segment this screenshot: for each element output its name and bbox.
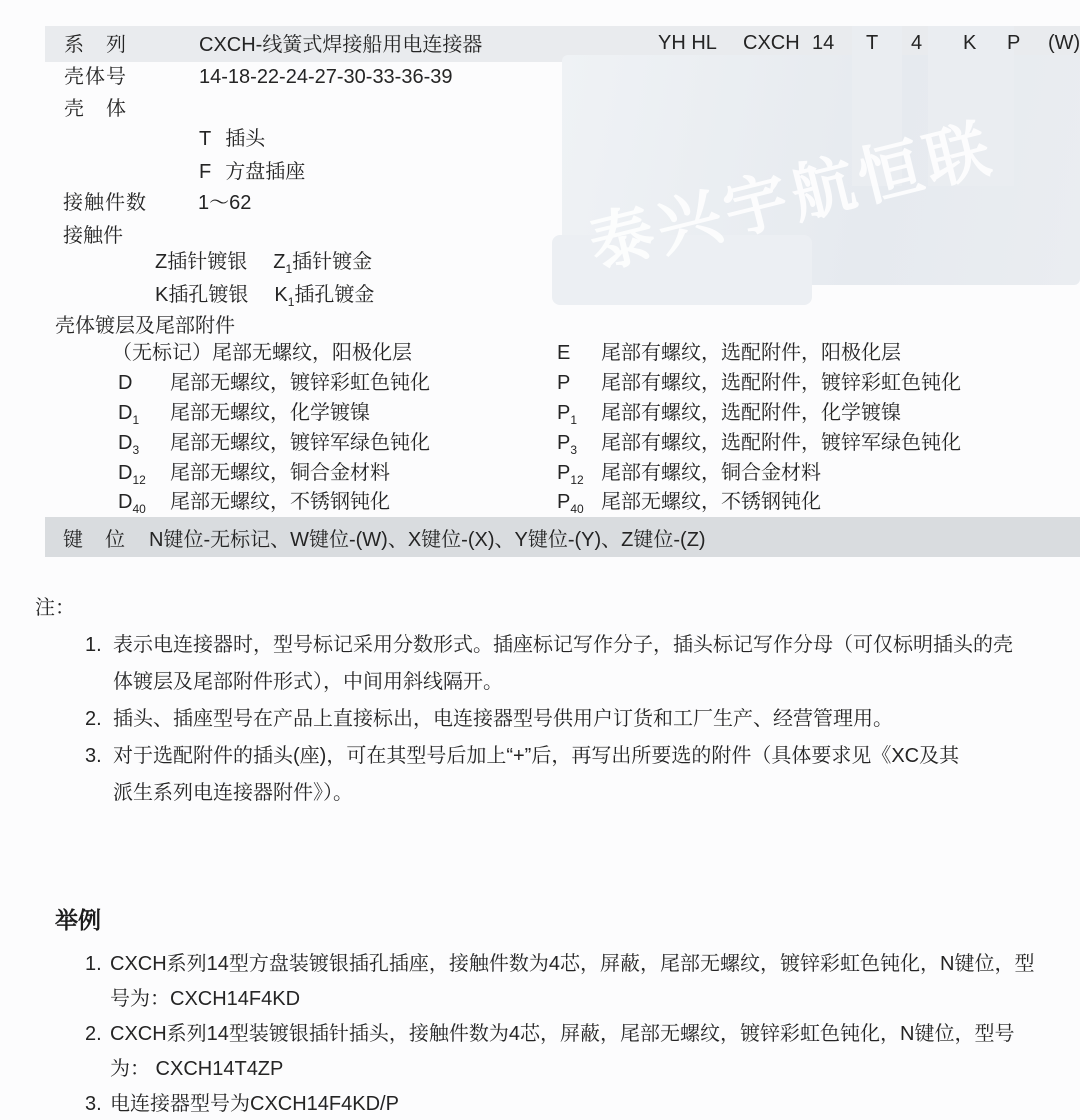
plating-code-subscript: 1 [132,413,139,427]
contact-code-subscript: 1 [285,262,292,276]
plating-code-subscript: 3 [132,443,139,457]
plating-option-row: P40尾部无螺纹，不锈钢钝化 [557,489,821,515]
example-item: 2. CXCH系列14型装镀银插针插头，接触件数为4芯，屏蔽，尾部无螺纹，镀锌彩… [35,1017,1080,1087]
note-text: 插头、插座型号在产品上直接标出，电连接器型号供用户订货和工厂生产、经营管理用。 [113,701,1080,738]
contact-plating-row: K插孔镀银K1插孔镀金 [155,282,374,308]
model-code-part: 14 [812,32,834,55]
plating-code-subscript: 12 [132,473,145,487]
contact-count-label: 接触件数 [63,190,198,216]
plating-code: P40 [557,489,601,515]
plating-code-letter: （无标记） [112,342,212,364]
contact-count-value: 1～62 [198,190,251,216]
plating-code: P [557,370,601,396]
contact-code-subscript: 1 [288,295,295,309]
plating-desc: 尾部无螺纹，化学镀镍 [170,400,370,426]
plating-code-subscript: 12 [570,473,583,487]
contact-code: Z [155,249,167,275]
plating-code: E [557,340,601,366]
plating-option-row: D40尾部无螺纹，不锈钢钝化 [118,489,390,515]
shell-option-desc: 方盘插座 [225,161,305,183]
note-number: 1. [85,627,102,664]
example-number: 1. [85,947,102,982]
contact-plating-row: Z插针镀银Z1插针镀金 [155,249,372,275]
plating-desc: 尾部有螺纹，铜合金材料 [601,460,821,486]
note-text: 派生系列电连接器附件》）。 [113,775,1080,812]
plating-desc: 尾部有螺纹，选配附件，镀锌彩虹色钝化 [601,370,961,396]
plating-code-letter: P [557,372,570,394]
example-number: 3. [85,1087,102,1120]
plating-code-subscript: 40 [570,502,583,516]
plating-code: D [118,370,170,396]
notes-heading: 注： [35,593,1080,623]
example-text: CXCH系列14型装镀银插针插头，接触件数为4芯，屏蔽，尾部无螺纹，镀锌彩虹色钝… [110,1017,1080,1052]
model-code-part: (W) [1048,32,1080,55]
contacts-label: 接触件 [63,225,123,247]
plating-section-label: 壳体镀层及尾部附件 [55,315,235,337]
shell-number-value: 14-18-22-24-27-30-33-36-39 [199,64,453,90]
notes-section: 注： 1. 表示电连接器时，型号标记采用分数形式。插座标记写作分子，插头标记写作… [0,557,1080,812]
plating-option-row: D尾部无螺纹，镀锌彩虹色钝化 [118,370,430,396]
example-text: 电连接器型号为CXCH14F4KD/P [110,1087,1080,1120]
contact-desc: 插孔镀金 [294,282,374,308]
plating-code-letter: P [557,402,570,424]
contact-desc: 插针镀银 [167,249,247,275]
example-item: 1. CXCH系列14型方盘装镀银插孔插座，接触件数为4芯，屏蔽，尾部无螺纹，镀… [35,947,1080,1017]
plating-code: P12 [557,460,601,486]
plating-option-row: （无标记）尾部无螺纹，阳极化层 [112,340,412,366]
plating-desc: 尾部有螺纹，选配附件，化学镀镍 [601,400,901,426]
contact-code: Z1 [273,249,292,275]
plating-code-letter: P [557,462,570,484]
plating-desc: 尾部有螺纹，选配附件，镀锌军绿色钝化 [601,430,961,456]
plating-code: D1 [118,400,170,426]
plating-desc: 尾部无螺纹，镀锌彩虹色钝化 [170,370,430,396]
plating-desc: 尾部无螺纹，不锈钢钝化 [601,489,821,515]
model-code-part: P [1007,32,1020,55]
plating-option-row: P3尾部有螺纹，选配附件，镀锌军绿色钝化 [557,430,961,456]
plating-desc: 尾部有螺纹，选配附件，阳极化层 [601,340,901,366]
shell-option-code: T [199,126,211,152]
model-code-part: K [963,32,976,55]
plating-option-row: P12尾部有螺纹，铜合金材料 [557,460,821,486]
datasheet-page: 泰兴宇航恒联 系 列CXCH-线簧式焊接船用电连接器 YH HL CXCH 14… [0,0,1080,1120]
contact-desc: 插针镀金 [292,249,372,275]
plating-code: P3 [557,430,601,456]
series-label: 系 列 [64,32,199,58]
shell-row: 壳 体 [64,96,199,122]
note-item: 2. 插头、插座型号在产品上直接标出，电连接器型号供用户订货和工厂生产、经营管理… [35,701,1080,738]
shell-option-row: T插头 [199,126,265,152]
plating-code-letter: D [118,402,132,424]
shell-option-code: F [199,159,211,185]
contact-code-letter: Z [155,251,167,273]
note-text: 对于选配附件的插头(座)，可在其型号后加上“+”后，再写出所要选的附件（具体要求… [113,738,1080,775]
plating-desc: 尾部无螺纹，镀锌军绿色钝化 [170,430,430,456]
examples-section: 举例 1. CXCH系列14型方盘装镀银插孔插座，接触件数为4芯，屏蔽，尾部无螺… [0,902,1080,1120]
example-number: 2. [85,1017,102,1052]
plating-code-letter: D [118,372,132,394]
contact-desc: 插孔镀银 [168,282,248,308]
note-text: 表示电连接器时，型号标记采用分数形式。插座标记写作分子，插头标记写作分母（可仅标… [113,627,1080,664]
plating-code-letter: P [557,432,570,454]
plating-code-subscript: 3 [570,443,577,457]
plating-code: D12 [118,460,170,486]
plating-code-letter: E [557,342,570,364]
plating-code-letter: P [557,491,570,513]
plating-option-row: D1尾部无螺纹，化学镀镍 [118,400,370,426]
plating-code-letter: D [118,432,132,454]
examples-heading: 举例 [55,902,1080,935]
key-position-row: 键 位 N键位-无标记、W键位-(W)、X键位-(X)、Y键位-(Y)、Z键位-… [45,517,1080,557]
plating-code: P1 [557,400,601,426]
note-number: 2. [85,701,102,738]
plating-section-row: 壳体镀层及尾部附件 [55,313,235,339]
plating-code-letter: D [118,491,132,513]
contact-code-letter: Z [273,251,285,273]
plating-desc: 尾部无螺纹，不锈钢钝化 [170,489,390,515]
contacts-row: 接触件 [63,223,123,249]
plating-desc: 尾部无螺纹，阳极化层 [212,340,412,366]
contact-code: K1 [274,282,294,308]
contact-count-row: 接触件数1～62 [63,190,251,216]
model-code-part: CXCH [743,32,800,55]
model-code-part: T [866,32,878,55]
keys-label: 键 位 [63,523,149,552]
shell-label: 壳 体 [64,96,199,122]
example-text: 为： CXCH14T4ZP [110,1052,1080,1087]
example-text: CXCH系列14型方盘装镀银插孔插座，接触件数为4芯，屏蔽，尾部无螺纹，镀锌彩虹… [110,947,1080,982]
contact-code: K [155,282,168,308]
note-number: 3. [85,738,102,775]
series-value: CXCH-线簧式焊接船用电连接器 [199,32,482,58]
plating-desc: 尾部无螺纹，铜合金材料 [170,460,390,486]
shell-option-row: F方盘插座 [199,159,305,185]
example-text: 号为：CXCH14F4KD [110,982,1080,1017]
plating-option-row: P1尾部有螺纹，选配附件，化学镀镍 [557,400,901,426]
plating-code: （无标记） [112,340,212,366]
example-item: 3. 电连接器型号为CXCH14F4KD/P [35,1087,1080,1120]
contact-code-letter: K [155,284,168,306]
note-text: 体镀层及尾部附件形式），中间用斜线隔开。 [113,664,1080,701]
plating-option-row: D12尾部无螺纹，铜合金材料 [118,460,390,486]
shell-number-row: 壳体号14-18-22-24-27-30-33-36-39 [64,64,453,90]
note-item: 3. 对于选配附件的插头(座)，可在其型号后加上“+”后，再写出所要选的附件（具… [35,738,1080,812]
plating-option-row: E尾部有螺纹，选配附件，阳极化层 [557,340,901,366]
plating-code: D40 [118,489,170,515]
plating-code-subscript: 40 [132,502,145,516]
plating-code-letter: D [118,462,132,484]
keys-value: N键位-无标记、W键位-(W)、X键位-(X)、Y键位-(Y)、Z键位-(Z) [149,523,706,552]
contact-code-letter: K [274,284,287,306]
shell-number-label: 壳体号 [64,64,199,90]
note-item: 1. 表示电连接器时，型号标记采用分数形式。插座标记写作分子，插头标记写作分母（… [35,627,1080,701]
model-code-part: 4 [911,32,922,55]
series-row: 系 列CXCH-线簧式焊接船用电连接器 [64,32,482,58]
plating-option-row: P尾部有螺纹，选配附件，镀锌彩虹色钝化 [557,370,961,396]
plating-code: D3 [118,430,170,456]
plating-code-subscript: 1 [570,413,577,427]
plating-option-row: D3尾部无螺纹，镀锌军绿色钝化 [118,430,430,456]
model-code-part: YH HL [658,32,717,55]
shell-option-desc: 插头 [225,128,265,150]
model-designation-table: 泰兴宇航恒联 系 列CXCH-线簧式焊接船用电连接器 YH HL CXCH 14… [0,0,1080,517]
